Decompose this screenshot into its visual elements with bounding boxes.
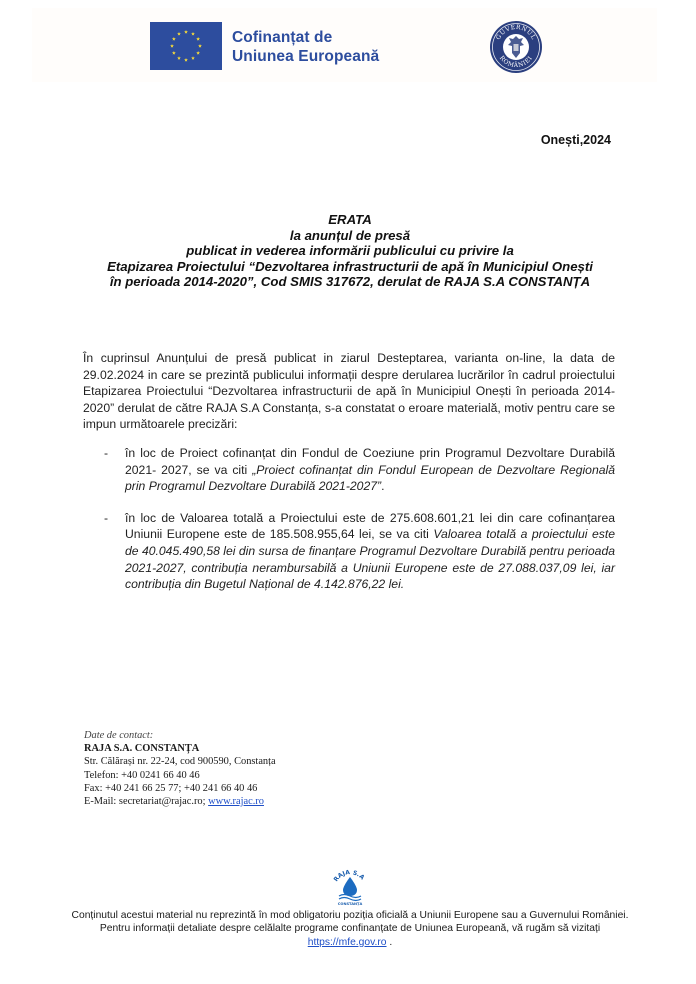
- contact-email: E-Mail: secretariat@rajac.ro;: [84, 796, 208, 807]
- title-line4: Etapizarea Proiectului “Dezvoltarea infr…: [60, 259, 640, 275]
- title-line5: în perioada 2014-2020”, Cod SMIS 317672,…: [60, 274, 640, 290]
- intro-paragraph: În cuprinsul Anunțului de presă publicat…: [83, 350, 615, 433]
- contact-email-line: E-Mail: secretariat@rajac.ro; www.rajac.…: [84, 795, 276, 808]
- correction-item: - în loc de Valoarea totală a Proiectulu…: [83, 510, 615, 593]
- svg-text:CONSTANȚA: CONSTANȚA: [338, 902, 363, 906]
- disclaimer-tail: .: [387, 937, 393, 948]
- bullet-dash: -: [104, 510, 108, 527]
- bullet-dash: -: [104, 445, 108, 462]
- title-line2: la anunțul de presă: [60, 228, 640, 244]
- mfe-link[interactable]: https://mfe.gov.ro: [308, 937, 387, 948]
- raja-water-drop-logo-icon: RAJA S.A. CONSTANȚA: [330, 866, 370, 906]
- contact-address: Str. Călărași nr. 22-24, cod 900590, Con…: [84, 755, 276, 768]
- eu-flag-icon: [150, 22, 222, 70]
- eu-cofinancing-label: Cofinanțat de Uniunea Europeană: [232, 28, 379, 66]
- contact-label: Date de contact:: [84, 729, 276, 742]
- footer-disclaimer: Conținutul acestui material nu reprezint…: [60, 909, 640, 949]
- body-text: În cuprinsul Anunțului de presă publicat…: [83, 350, 615, 608]
- eu-label-line1: Cofinanțat de: [232, 28, 379, 47]
- website-link[interactable]: www.rajac.ro: [208, 796, 264, 807]
- guvernul-romaniei-seal-icon: GUVERNUL ROMÂNIEI: [489, 20, 543, 74]
- contact-fax: Fax: +40 241 66 25 77; +40 241 66 40 46: [84, 782, 276, 795]
- eu-label-line2: Uniunea Europeană: [232, 47, 379, 66]
- place-date: Onești,2024: [541, 133, 611, 147]
- contact-org: RAJA S.A. CONSTANȚA: [84, 742, 276, 755]
- corrections-list: - în loc de Proiect cofinanțat din Fondu…: [83, 445, 615, 593]
- document-title: ERATA la anunțul de presă publicat in ve…: [60, 212, 640, 290]
- title-erata: ERATA: [60, 212, 640, 228]
- contact-phone: Telefon: +40 0241 66 40 46: [84, 769, 276, 782]
- title-line3: publicat in vederea informării publiculu…: [60, 243, 640, 259]
- correction-item: - în loc de Proiect cofinanțat din Fondu…: [83, 445, 615, 495]
- correction-tail: .: [381, 479, 384, 493]
- disclaimer-text: Conținutul acestui material nu reprezint…: [72, 910, 629, 934]
- contact-block: Date de contact: RAJA S.A. CONSTANȚA Str…: [84, 729, 276, 808]
